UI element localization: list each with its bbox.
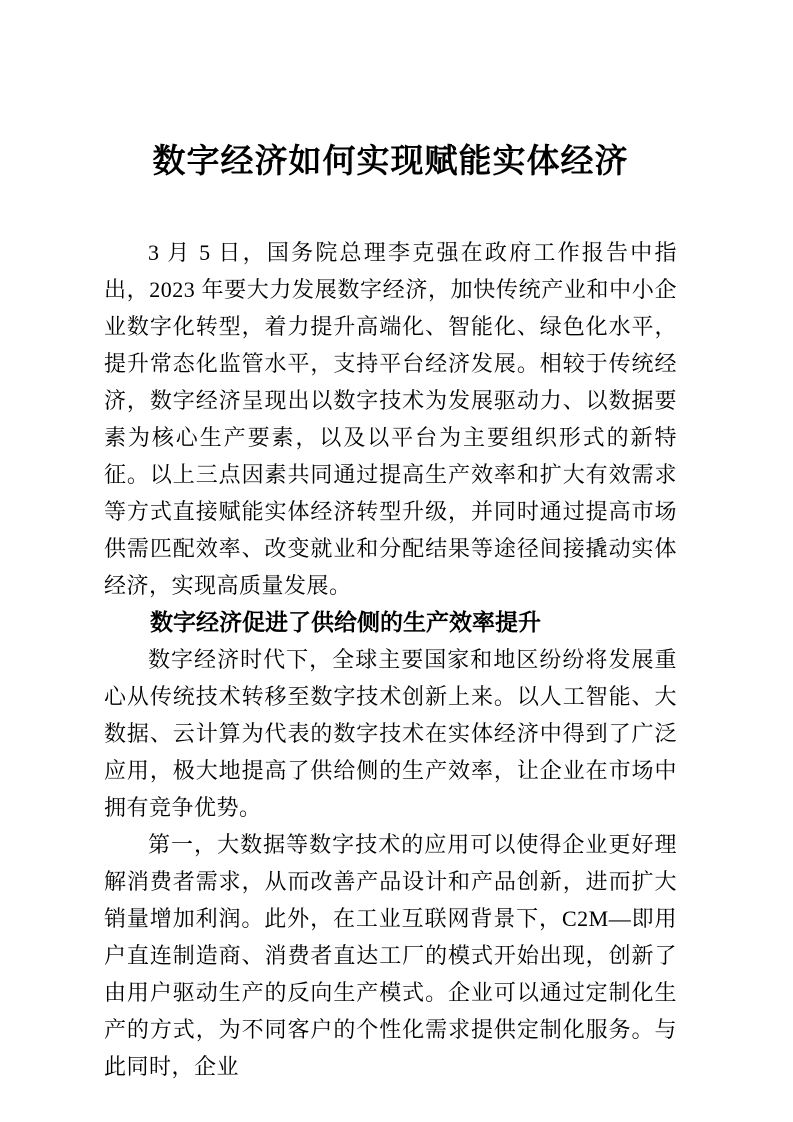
- document-content: 数字经济如何实现赋能实体经济 3 月 5 日，国务院总理李克强在政府工作报告中指…: [104, 140, 677, 1085]
- body-paragraph-1: 3 月 5 日，国务院总理李克强在政府工作报告中指出，2023 年要大力发展数字…: [104, 234, 677, 604]
- document-title: 数字经济如何实现赋能实体经济: [104, 140, 677, 185]
- body-paragraph-2: 数字经济时代下，全球主要国家和地区纷纷将发展重心从传统技术转移至数字技术创新上来…: [104, 641, 677, 826]
- body-paragraph-3: 第一，大数据等数字技术的应用可以使得企业更好理解消费者需求，从而改善产品设计和产…: [104, 826, 677, 1085]
- section-heading: 数字经济促进了供给侧的生产效率提升: [104, 604, 677, 641]
- document-page: 数字经济如何实现赋能实体经济 3 月 5 日，国务院总理李克强在政府工作报告中指…: [0, 0, 793, 1122]
